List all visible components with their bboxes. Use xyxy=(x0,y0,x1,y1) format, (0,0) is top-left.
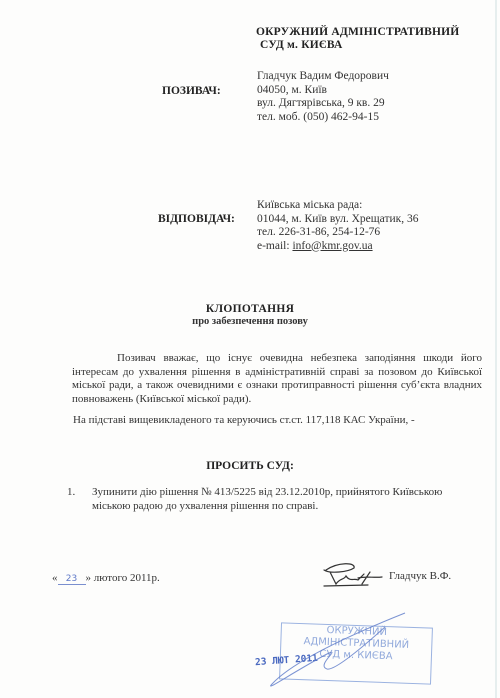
email-prefix: e-mail: xyxy=(257,240,292,252)
stamp-scribble-icon xyxy=(255,605,415,695)
defendant-phone: тел. 226-31-86, 254-12-76 xyxy=(257,226,418,240)
body-paragraph-2: На підставі вищевикладеного та керуючись… xyxy=(73,414,415,426)
court-header-line2: СУД м. КИЄВА xyxy=(256,39,459,52)
email-link[interactable]: info@kmr.gov.ua xyxy=(292,240,372,252)
defendant-email-line: e-mail: info@kmr.gov.ua xyxy=(257,240,418,254)
plaintiff-phone: тел. моб. (050) 462-94-15 xyxy=(257,111,389,125)
body-paragraph-1: Позивач вважає, що існує очевидна небезп… xyxy=(72,352,482,406)
plaintiff-label: ПОЗИВАЧ: xyxy=(162,85,221,97)
date-day-handwritten: 23 xyxy=(58,574,86,585)
defendant-label: ВІДПОВІДАЧ: xyxy=(158,213,235,225)
title-main: КЛОПОТАННЯ xyxy=(0,303,500,315)
document-date: «23» лютого 2011р. xyxy=(52,572,160,585)
scan-edge xyxy=(495,0,497,698)
court-header: ОКРУЖНИЙ АДМІНІСТРАТИВНИЙ СУД м. КИЄВА xyxy=(256,26,459,52)
court-header-line1: ОКРУЖНИЙ АДМІНІСТРАТИВНИЙ xyxy=(256,26,459,39)
defendant-address: 01044, м. Київ вул. Хрещатик, 36 xyxy=(257,213,418,227)
document-title: КЛОПОТАННЯ про забезпечення позову xyxy=(0,303,500,327)
plaintiff-city: 04050, м. Київ xyxy=(257,84,389,98)
request-item-text: Зупинити дію рішення № 413/5225 від 23.1… xyxy=(92,486,482,513)
defendant-name: Київська міська рада: xyxy=(257,199,418,213)
title-sub: про забезпечення позову xyxy=(0,316,500,327)
plaintiff-details: Гладчук Вадим Федорович 04050, м. Київ в… xyxy=(257,70,389,124)
plaintiff-name: Гладчук Вадим Федорович xyxy=(257,70,389,84)
plaintiff-street: вул. Дягтярівська, 9 кв. 29 xyxy=(257,97,389,111)
signature-icon xyxy=(318,560,388,590)
date-month-year: лютого 2011р. xyxy=(94,572,160,584)
request-item-number: 1. xyxy=(67,486,75,500)
request-heading: ПРОСИТЬ СУД: xyxy=(0,460,500,472)
signatory-name: Гладчук В.Ф. xyxy=(389,570,451,582)
defendant-details: Київська міська рада: 01044, м. Київ вул… xyxy=(257,199,418,253)
